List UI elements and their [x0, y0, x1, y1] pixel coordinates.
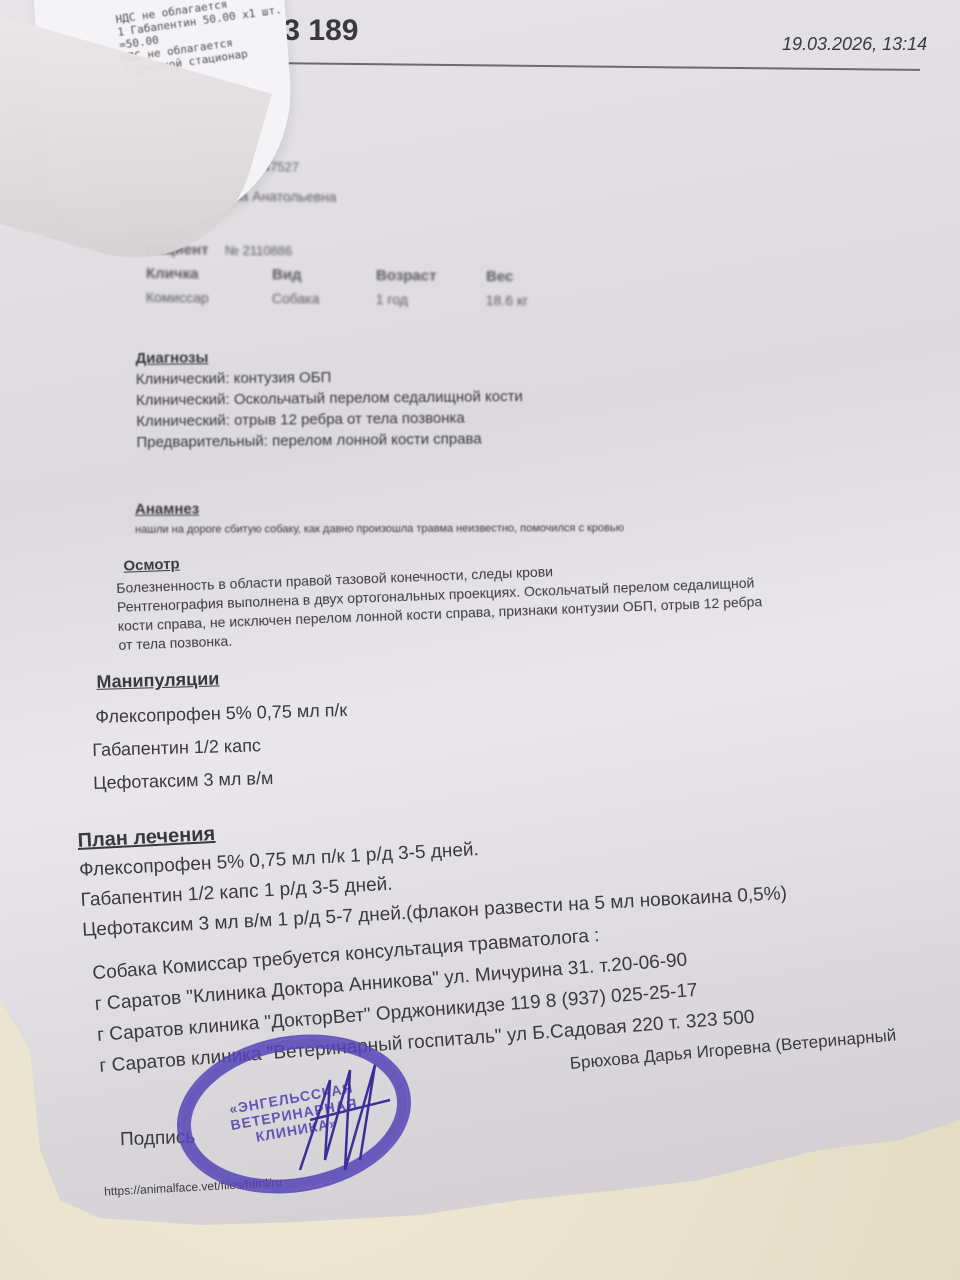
document-date: 19.03.2026, 13:14: [782, 34, 927, 55]
anamnesis-section: Анамнез нашли на дороге сбитую собаку, к…: [135, 499, 624, 536]
patient-weight: 18.6 кг: [486, 292, 586, 309]
signature-icon: [290, 1060, 400, 1180]
diagnoses-section: Диагнозы Клинический: контузия ОБП Клини…: [135, 344, 523, 453]
manipulation-item: Флексопрофен 5% 0,75 мл п/к: [95, 700, 347, 728]
col-name: Кличка: [146, 265, 272, 283]
manipulations-section: Манипуляции Флексопрофен 5% 0,75 мл п/к …: [90, 665, 350, 806]
manipulation-item: Цефотаксим 3 мл в/м: [93, 766, 349, 794]
diagnosis-item: Клинический: Оскольчатый перелом седалищ…: [136, 386, 523, 411]
col-age: Возраст: [376, 267, 486, 285]
patient-age: 1 год: [376, 291, 486, 308]
anamnesis-title: Анамнез: [135, 499, 624, 518]
manipulation-item: Габапентин 1/2 капс: [92, 733, 348, 761]
patient-number: № 2110886: [225, 243, 292, 259]
col-weight: Вес: [486, 268, 586, 286]
patient-name: Комиссар: [146, 289, 272, 306]
patient-table: Кличка Вид Возраст Вес Комиссар Собака 1…: [146, 265, 586, 309]
patient-species: Собака: [272, 290, 376, 307]
col-species: Вид: [272, 266, 376, 284]
diagnosis-item: Предварительный: перелом лонной кости сп…: [136, 428, 523, 453]
patient-section: Пациент № 2110886 Кличка Вид Возраст Вес…: [146, 241, 587, 309]
anamnesis-text: нашли на дороге сбитую собаку, как давно…: [135, 522, 624, 536]
